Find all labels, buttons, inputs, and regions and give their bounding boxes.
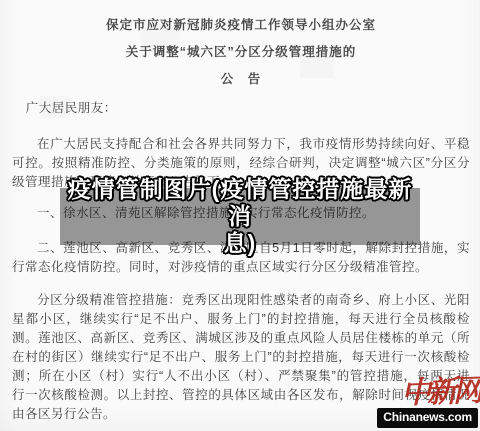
doc-title-notice: 公 告: [12, 70, 470, 89]
news-photo: 保定市应对新冠肺炎疫情工作领导小组办公室 关于调整“城六区”分区分级管理措施的 …: [0, 0, 480, 431]
caption-line2: 息): [224, 230, 257, 256]
salutation: 广大居民朋友：: [12, 99, 470, 118]
caption-overlay-band: 疫情管制图片(疫情管控措施最新消 息): [60, 188, 420, 245]
chinanews-logo: 中新网: [386, 374, 479, 411]
caption-line1: 疫情管制图片(疫情管控措施最新消: [68, 176, 413, 229]
chinanews-url-badge: Chinanews.com: [377, 408, 478, 428]
caption-overlay-text: 疫情管制图片(疫情管控措施最新消 息): [60, 176, 420, 257]
doc-title-subject: 关于调整“城六区”分区分级管理措施的: [12, 43, 470, 62]
doc-title-issuer: 保定市应对新冠肺炎疫情工作领导小组办公室: [12, 16, 470, 35]
